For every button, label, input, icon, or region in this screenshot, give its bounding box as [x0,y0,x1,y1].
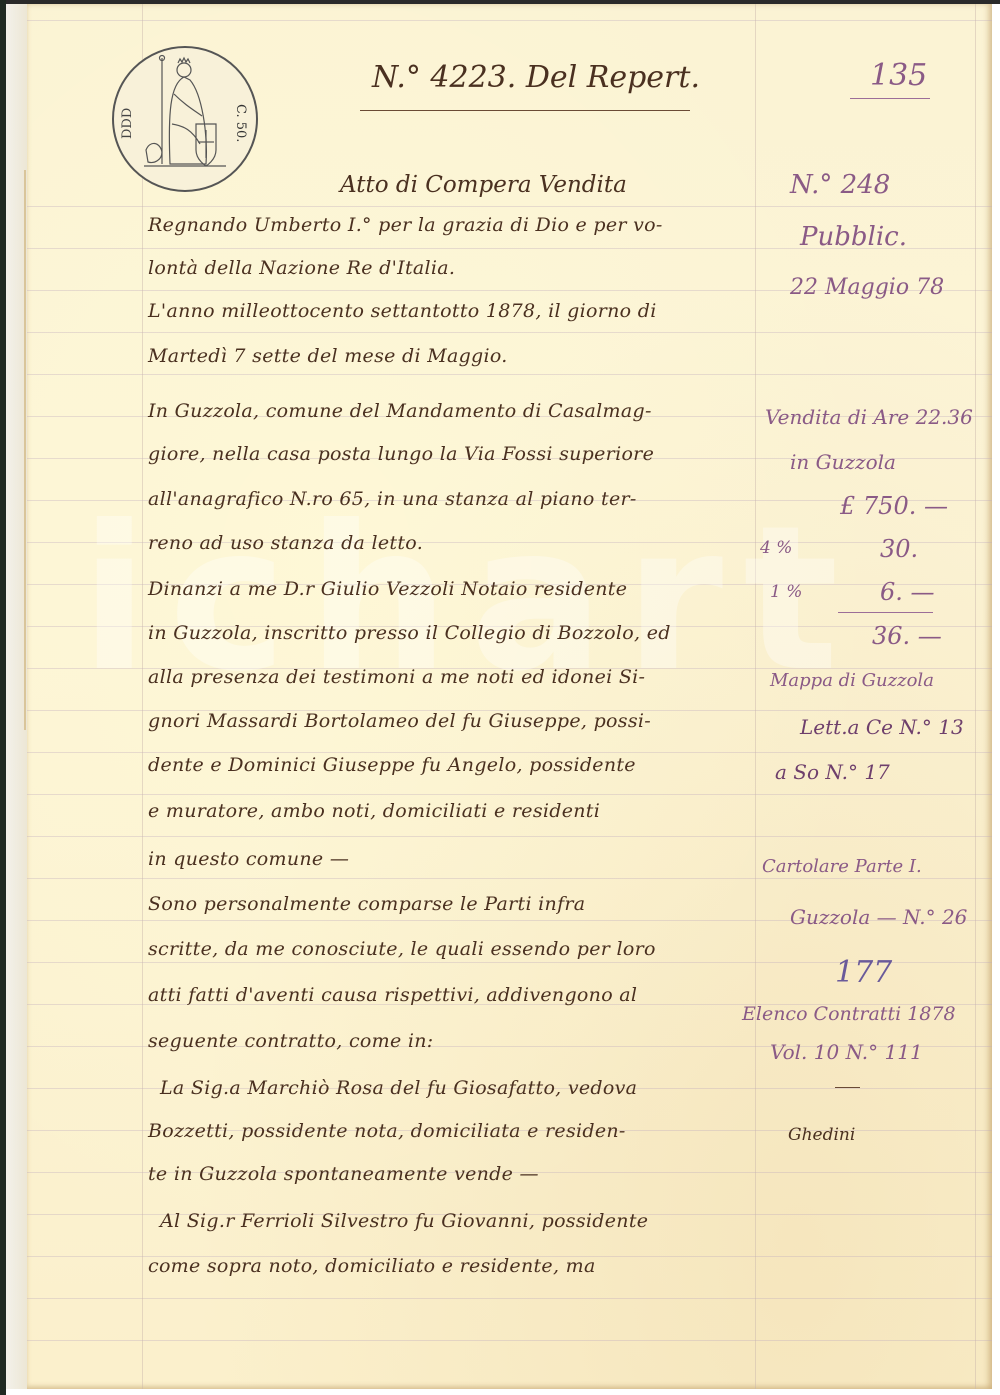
cartella-label: Cartolare Parte I. [762,856,922,877]
body-line: te in Guzzola spontaneamente vende — [148,1163,539,1185]
body-line: atti fatti d'aventi causa rispettivi, ad… [148,984,637,1006]
italia-figure-icon [140,54,230,182]
page-number-underline [850,98,930,99]
elenco-label: Elenco Contratti 1878 [742,1003,956,1025]
body-line: Bozzetti, possidente nota, domiciliata e… [148,1120,626,1142]
cadastre-label: Mappa di Guzzola [770,670,934,691]
ruling-line [27,836,992,837]
revenue-stamp: DDD C. 50. [112,46,258,192]
cadastre-entry: Lett.a Ce N.° 13 [800,715,964,739]
page-number: 135 [870,58,927,93]
ruling-line [27,752,992,753]
body-line: Dinanzi a me D.r Giulio Vezzoli Notaio r… [148,578,627,600]
body-line: lontà della Nazione Re d'Italia. [148,257,455,279]
body-line: come sopra noto, domiciliato e residente… [148,1255,596,1277]
stamp-value-text: C. 50. [228,88,248,158]
sale-area-label: Vendita di Are 22.36 [765,405,973,429]
body-line: dente e Dominici Giuseppe fu Angelo, pos… [148,754,636,776]
body-line: in Guzzola, inscritto presso il Collegio… [148,622,671,644]
amount-price: £ 750. — [840,492,948,520]
body-line: Martedì 7 sette del mese di Maggio. [148,345,508,367]
repertory-number: N.° 4223. Del Repert. [372,60,700,95]
amount-label-4pct: 4 % [760,538,792,558]
registration-number: N.° 248 [790,170,890,200]
body-line: reno ad uso stanza da letto. [148,532,423,554]
cartella-place: Guzzola — N.° 26 [790,905,967,929]
ruling-line [27,1340,992,1341]
ruling-line [27,332,992,333]
ruling-line [27,794,992,795]
ruling-line [27,374,992,375]
body-line: e muratore, ambo noti, domiciliati e res… [148,800,600,822]
amount-tax-1pct: 6. — [880,578,935,606]
body-line: Regnando Umberto I.° per la grazia di Di… [148,214,663,236]
body-line: Sono personalmente comparse le Parti inf… [148,893,585,915]
margin-dash [835,1087,860,1088]
body-line: seguente contratto, come in: [148,1030,433,1052]
page-fold-edge [24,170,26,730]
body-line: in questo comune — [148,848,349,870]
signature: Ghedini [788,1125,855,1145]
body-line: gnori Massardi Bortolameo del fu Giusepp… [148,710,651,732]
ruling-line [27,206,992,207]
amount-label-1pct: 1 % [770,582,802,602]
body-line: all'anagrafico N.ro 65, in una stanza al… [148,488,637,510]
body-line: In Guzzola, comune del Mandamento di Cas… [148,400,652,422]
body-line: La Sig.a Marchiò Rosa del fu Giosafatto,… [160,1077,637,1099]
ruling-line [27,20,992,21]
body-line: L'anno milleottocento settantotto 1878, … [148,300,657,322]
document-title: Atto di Compera Vendita [340,172,627,198]
sale-place: in Guzzola [790,450,896,474]
amount-tax-4pct: 30. [880,535,918,563]
body-line: Al Sig.r Ferrioli Silvestro fu Giovanni,… [160,1210,648,1232]
volume-label: Vol. 10 N.° 111 [770,1040,923,1064]
outer-margin-rule [975,4,976,1389]
ruling-line [27,878,992,879]
body-line: scritte, da me conosciute, le quali esse… [148,938,656,960]
body-line: giore, nella casa posta lungo la Via Fos… [148,443,654,465]
body-line: alla presenza dei testimoni a me noti ed… [148,666,645,688]
header-underline [360,110,690,111]
cadastre-entry: a So N.° 17 [775,760,890,784]
amount-total: 36. — [872,622,942,650]
registration-date: 22 Maggio 78 [790,275,944,300]
folio-number: 177 [835,955,892,990]
sum-line [838,612,933,613]
stamp-left-text: DDD [120,88,140,158]
registration-status: Pubblic. [800,222,907,252]
ruling-line [27,1298,992,1299]
